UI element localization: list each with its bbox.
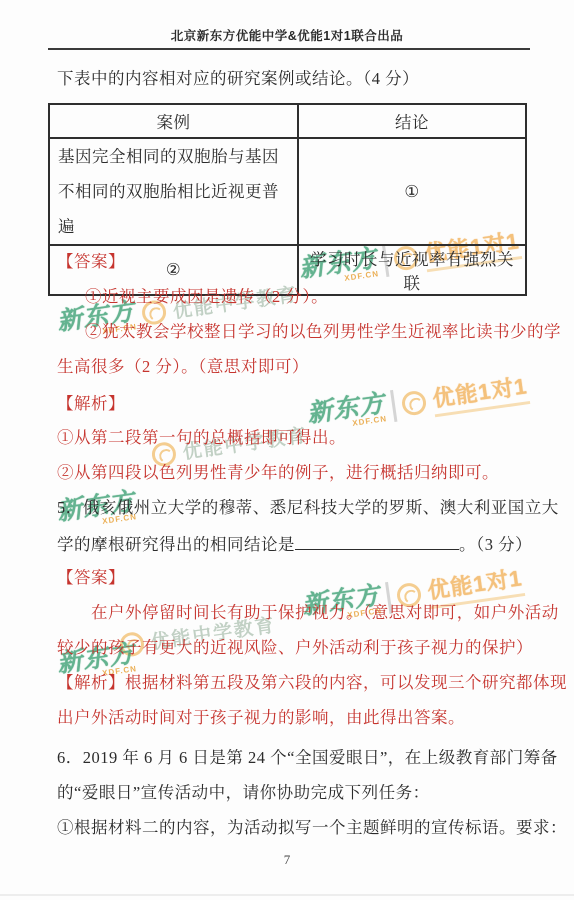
question5-stem: 5．俄亥俄州立大学的穆蒂、悉尼科技大学的罗斯、澳大利亚国立大 [57, 498, 559, 518]
q5-answer-line: 在户外停留时间长有助于保护视力。（意思对即可，如户外活动 [91, 603, 559, 623]
watermark-xdf-youneng: 新东方 XDF.CN 优能1对1 [306, 369, 530, 434]
q4-answer-line: ②犹太教会学校整日学习的以色列男性学生近视率比读书少的学 [85, 322, 561, 342]
q5-analysis-line: 【解析】根据材料第五段及第六段的内容，可以发现三个研究都体现 [57, 673, 567, 693]
table-cell-case-1: 基因完全相同的双胞胎与基因不相同的双胞胎相比近视更普遍 [49, 138, 298, 245]
q4-analysis-label: 【解析】 [57, 394, 125, 414]
page-number: 7 [0, 852, 574, 868]
q4-analysis-line: ②从第四段以色列男性青少年的例子，进行概括归纳即可。 [57, 463, 499, 483]
page-bottom-edge [0, 894, 574, 896]
q5-analysis-line: 出户外活动时间对于孩子视力的影响，由此得出答案。 [57, 708, 465, 728]
page-header-title: 北京新东方优能中学&优能1对1联合出品 [0, 26, 574, 44]
header-rule [48, 48, 530, 50]
question6-stem: 6．2019 年 6 月 6 日是第 24 个“全国爱眼日”，在上级教育部门筹备 [57, 748, 558, 768]
exam-answer-page: 新东方 XDF.CN 优能1对1 新东方 XDF.CN 优能中学教育 新东方 X… [0, 0, 574, 900]
table-header-conclusion: 结论 [298, 104, 526, 138]
question4-stem: 下表中的内容相对应的研究案例或结论。（4 分） [57, 69, 419, 89]
youneng-circle-icon [400, 389, 427, 416]
q5-text-after-blank: 。（3 分） [459, 535, 532, 554]
q4-answer-label: 【答案】 [57, 252, 125, 272]
question6-task1: ①根据材料二的内容，为活动拟写一个主题鲜明的宣传标语。要求： [57, 818, 567, 838]
q4-answer-line: ①近视主要成因是遗传（2 分）。 [85, 287, 328, 307]
table-cell-conclusion-2: 学习时长与近视率有强烈关联 [298, 245, 526, 295]
table-header-case: 案例 [49, 104, 298, 138]
q5-text-before-blank: 学的摩根研究得出的相同结论是 [57, 535, 295, 554]
watermark-divider [390, 389, 397, 421]
q5-answer-label: 【答案】 [57, 568, 125, 588]
table-header-row: 案例 结论 [49, 104, 526, 138]
q4-analysis-line: ①从第二段第一句的总概括即可得出。 [57, 428, 346, 448]
q5-answer-line: 较少的孩子有更大的近视风险、户外活动利于孩子视力的保护） [57, 638, 533, 658]
question6-stem: 的“爱眼日”宣传活动中，请你协助完成下列任务： [57, 783, 430, 803]
q4-answer-line: 生高很多（2 分）。（意思对即可） [57, 357, 309, 377]
table-cell-conclusion-1: ① [298, 138, 526, 245]
xdf-logo-sub: XDF.CN [352, 414, 388, 428]
answer-blank-underline [295, 533, 459, 550]
question5-stem-blank-line: 学的摩根研究得出的相同结论是。（3 分） [57, 533, 532, 555]
youneng-1on1-text: 优能1对1 [430, 369, 529, 417]
xdf-logo-text: 新东方 [306, 391, 387, 427]
xdf-logo: 新东方 XDF.CN [306, 391, 388, 434]
table-row: 基因完全相同的双胞胎与基因不相同的双胞胎相比近视更普遍 ① [49, 138, 526, 245]
